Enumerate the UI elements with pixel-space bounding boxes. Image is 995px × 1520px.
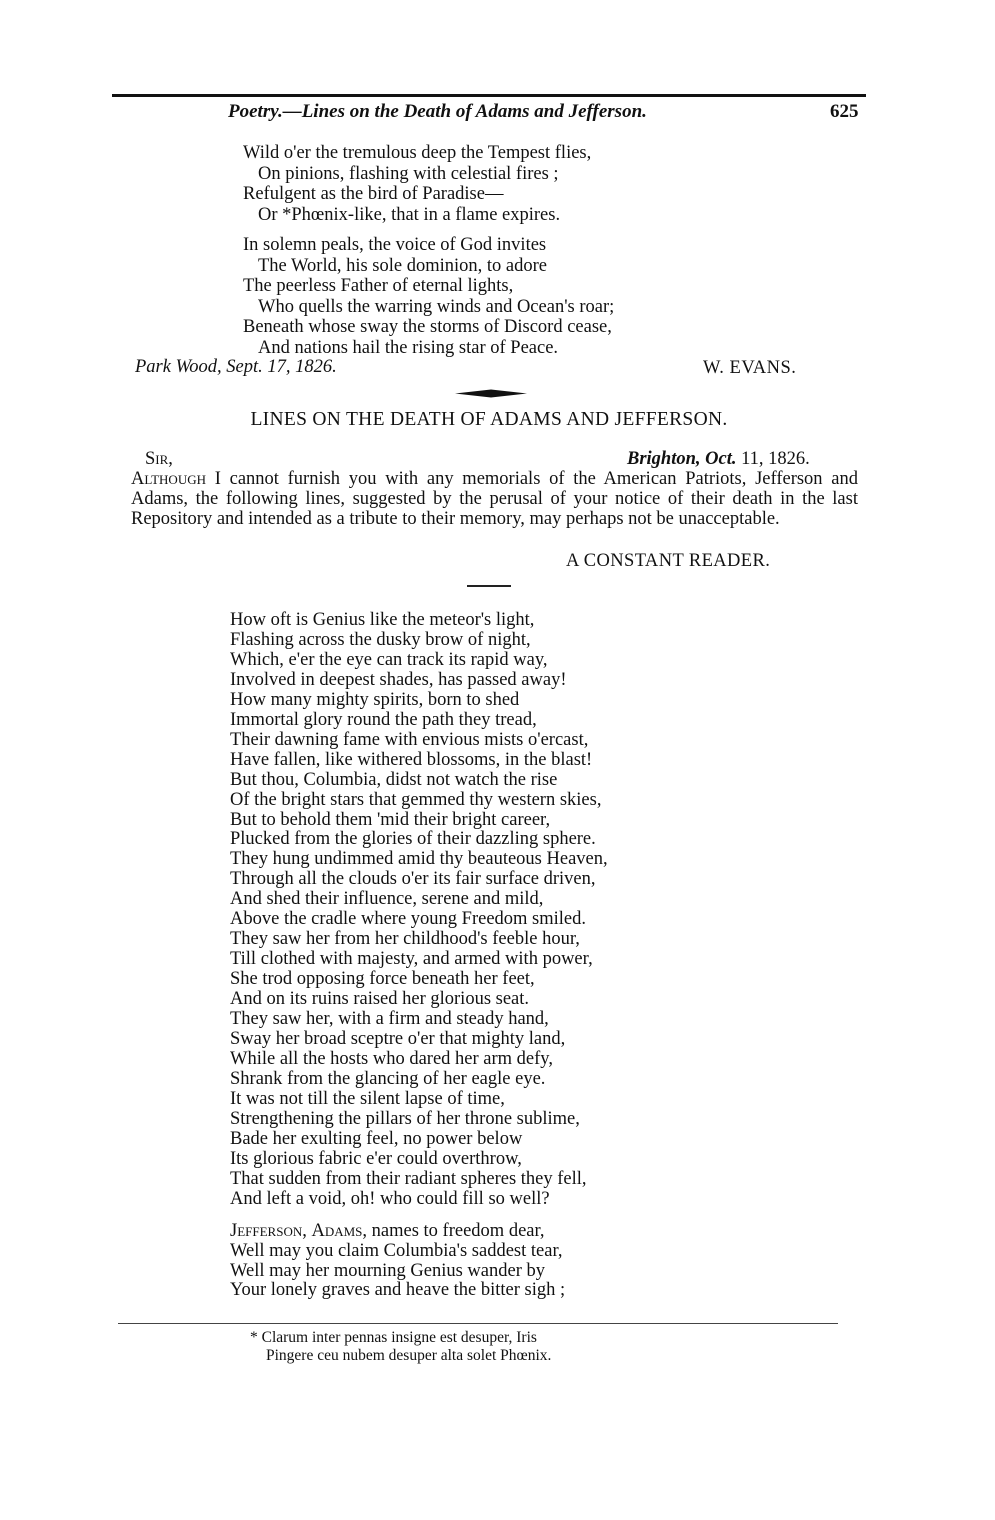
letter-opening-word: Although [131, 469, 206, 489]
verse-line: Through all the clouds o'er its fair sur… [230, 870, 608, 890]
verse-line: Refulgent as the bird of Paradise— [243, 184, 614, 205]
name-adams: Adams [311, 1221, 362, 1241]
poem-evans: Wild o'er the tremulous deep the Tempest… [243, 143, 614, 358]
verse-line: Immortal glory round the path they tread… [230, 711, 608, 731]
verse-line: Who quells the warring winds and Ocean's… [243, 297, 614, 318]
verse-line: But thou, Columbia, didst not watch the … [230, 771, 608, 791]
verse-line: The World, his sole dominion, to adore [243, 256, 614, 277]
letter-date-value: 11, 1826. [736, 449, 809, 469]
letter-place: Brighton, Oct. [627, 449, 736, 469]
verse-line: In solemn peals, the voice of God invite… [243, 235, 614, 256]
verse-line: Sway her broad sceptre o'er that mighty … [230, 1030, 608, 1050]
verse-line: Above the cradle where young Freedom smi… [230, 910, 608, 930]
verse-line: While all the hosts who dared her arm de… [230, 1050, 608, 1070]
page-number: 625 [830, 101, 859, 123]
poem-elegy: How oft is Genius like the meteor's ligh… [230, 611, 608, 1301]
verse-line: They hung undimmed amid thy beauteous He… [230, 850, 608, 870]
verse-line: The peerless Father of eternal lights, [243, 276, 614, 297]
verse-line: Flashing across the dusky brow of night, [230, 631, 608, 651]
letter-text: I cannot furnish you with any memorials … [131, 469, 858, 529]
stanza-gap [243, 225, 614, 235]
name-jefferson: Jefferson [230, 1221, 302, 1241]
verse-line: Till clothed with majesty, and armed wit… [230, 950, 608, 970]
poem-dateline: Park Wood, Sept. 17, 1826. [135, 357, 337, 378]
verse-line: Involved in deepest shades, has passed a… [230, 671, 608, 691]
footnote-line: * Clarum inter pennas insigne est desupe… [250, 1329, 551, 1347]
verse-rest: , names to freedom dear, [362, 1221, 544, 1241]
verse-line: Well may her mourning Genius wander by [230, 1262, 608, 1282]
verse-line: They saw her, with a firm and steady han… [230, 1010, 608, 1030]
verse-line: And shed their influence, serene and mil… [230, 890, 608, 910]
verse-line: Plucked from the glories of their dazzli… [230, 830, 608, 850]
verse-line: Jefferson, Adams, names to freedom dear, [230, 1222, 608, 1242]
ornament-divider-icon [455, 389, 527, 398]
poem-author: W. EVANS. [703, 358, 796, 379]
verse-line: Its glorious fabric e'er could overthrow… [230, 1150, 608, 1170]
verse-line: How oft is Genius like the meteor's ligh… [230, 611, 608, 631]
verse-line: Shrank from the glancing of her eagle ey… [230, 1070, 608, 1090]
verse-line: They saw her from her childhood's feeble… [230, 930, 608, 950]
letter-date: Brighton, Oct. 11, 1826. [627, 449, 810, 470]
letter-body: Although I cannot furnish you with any m… [131, 469, 858, 529]
header-rule [112, 94, 866, 97]
verse-line: And on its ruins raised her glorious sea… [230, 990, 608, 1010]
verse-line: Which, e'er the eye can track its rapid … [230, 651, 608, 671]
footnote: * Clarum inter pennas insigne est desupe… [250, 1329, 551, 1365]
verse-line: That sudden from their radiant spheres t… [230, 1170, 608, 1190]
article-title: LINES ON THE DEATH OF ADAMS AND JEFFERSO… [112, 409, 866, 431]
verse-line: And left a void, oh! who could fill so w… [230, 1190, 608, 1210]
verse-line: She trod opposing force beneath her feet… [230, 970, 608, 990]
footnote-rule [118, 1323, 838, 1324]
verse-line: Well may you claim Columbia's saddest te… [230, 1242, 608, 1262]
verse-line: Wild o'er the tremulous deep the Tempest… [243, 143, 614, 164]
verse-line: Of the bright stars that gemmed thy west… [230, 791, 608, 811]
letter-signature: A CONSTANT READER. [566, 551, 770, 572]
verse-line: Their dawning fame with envious mists o'… [230, 731, 608, 751]
verse-line: How many mighty spirits, born to shed [230, 691, 608, 711]
footnote-line: Pingere ceu nubem desuper alta solet Phœ… [250, 1347, 551, 1365]
verse-line: Or *Phœnix-like, that in a flame expires… [243, 205, 614, 226]
verse-line: And nations hail the rising star of Peac… [243, 338, 614, 359]
letter-salutation: Sir, [145, 449, 173, 470]
verse-line: It was not till the silent lapse of time… [230, 1090, 608, 1110]
verse-line: Strengthening the pillars of her throne … [230, 1110, 608, 1130]
verse-line: On pinions, flashing with celestial fire… [243, 164, 614, 185]
verse-line: Have fallen, like withered blossoms, in … [230, 751, 608, 771]
verse-line: But to behold them 'mid their bright car… [230, 811, 608, 831]
running-title: Poetry.—Lines on the Death of Adams and … [228, 101, 868, 123]
verse-line: Bade her exulting feel, no power below [230, 1130, 608, 1150]
section-rule [467, 585, 511, 587]
verse-line: Your lonely graves and heave the bitter … [230, 1281, 608, 1301]
verse-line: Beneath whose sway the storms of Discord… [243, 317, 614, 338]
